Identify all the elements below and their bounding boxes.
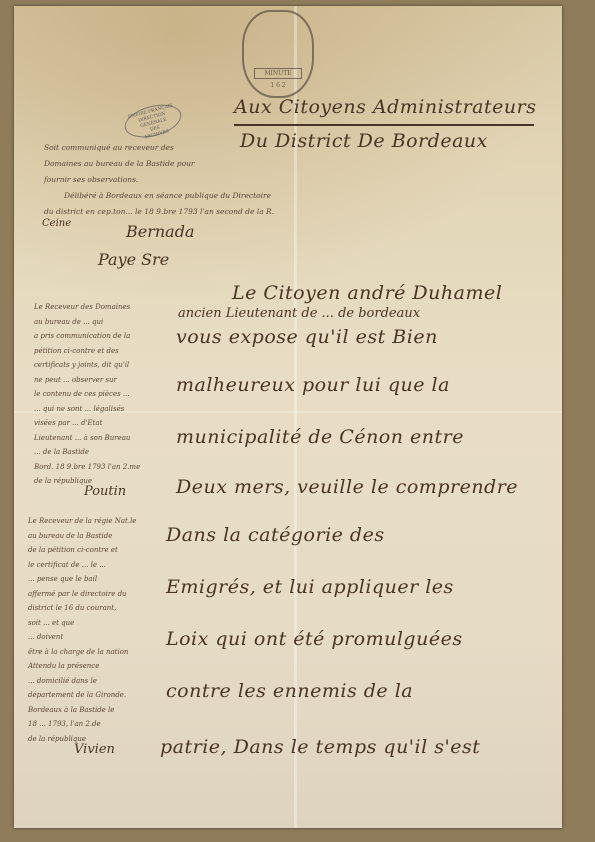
body-line: malheureux pour lui que la: [176, 374, 450, 396]
header-underline: [234, 124, 534, 126]
signature-vivien: Vivien: [74, 742, 115, 757]
note-line: Délibéré à Bordeaux en séance publique d…: [44, 188, 344, 204]
body-line: Le Citoyen andré Duhamel: [232, 282, 502, 304]
seal-year: 1 6 2: [244, 82, 312, 89]
note-line: Le Receveur des Domaines: [34, 300, 164, 315]
note-line: Attendu la présence: [28, 659, 178, 674]
note-line: a pris communication de la: [34, 329, 164, 344]
note-line: 18 ... 1793, l'an 2.de: [28, 717, 178, 732]
note-line: le contenu de ces pièces ...: [34, 387, 164, 402]
note-line: ... qui ne sont ... légalisés: [34, 402, 164, 417]
note-line: département de la Gironde.: [28, 688, 178, 703]
note-line: au bureau de ... qui: [34, 315, 164, 330]
note-line: Bordeaux à la Bastide le: [28, 703, 178, 718]
note-line: affermé par le directoire du: [28, 587, 178, 602]
note-line: soit ... et que: [28, 616, 178, 631]
note-line: au bureau de la Bastide: [28, 529, 178, 544]
body-line: municipalité de Cénon entre: [176, 426, 464, 448]
header-line-1: Aux Citoyens Administrateurs: [234, 96, 536, 118]
margin-note-top: Soit communiqué au receveur des Domaines…: [44, 140, 344, 220]
note-line: district le 16 du courant,: [28, 601, 178, 616]
note-line: Lieutenant ... à son Bureau: [34, 431, 164, 446]
note-line: ... doivent: [28, 630, 178, 645]
seal-stamp: MINUTE 1 6 2: [242, 10, 314, 98]
initial: Ceine: [42, 218, 71, 229]
note-line: Soit communiqué au receveur des: [44, 140, 344, 156]
note-line: Bord. 18 9.bre 1793 l'an 2.me: [34, 460, 164, 475]
note-line: fournir ses observations.: [44, 172, 344, 188]
note-line: ... pense que le bail: [28, 572, 178, 587]
margin-note-middle: Le Receveur des Domaines au bureau de ..…: [34, 300, 164, 489]
signature-secretary: Paye Sre: [98, 250, 169, 269]
seal-band: MINUTE: [254, 68, 302, 79]
body-line: Dans la catégorie des: [166, 524, 385, 546]
note-line: certificats y joints, dit qu'il: [34, 358, 164, 373]
body-line: Loix qui ont été promulguées: [166, 628, 463, 650]
note-line: pétition ci-contre et des: [34, 344, 164, 359]
body-line: contre les ennemis de la: [166, 680, 413, 702]
note-line: du district en cep.ton... le 18 9.bre 17…: [44, 204, 344, 220]
signature-poutin: Poutin: [84, 484, 126, 499]
note-line: ne peut ... observer sur: [34, 373, 164, 388]
signature-bernada: Bernada: [126, 222, 195, 241]
margin-note-bottom: Le Receveur de la régie Nat.le au bureau…: [28, 514, 178, 746]
body-line: ancien Lieutenant de ... de bordeaux: [178, 306, 420, 321]
note-line: ... de la Bastide: [34, 445, 164, 460]
body-line: Deux mers, veuille le comprendre: [176, 476, 518, 498]
body-line: vous expose qu'il est Bien: [176, 326, 438, 348]
note-line: le certificat de ... le ...: [28, 558, 178, 573]
note-line: visées par ... d'Etat: [34, 416, 164, 431]
note-line: ... domicilié dans le: [28, 674, 178, 689]
body-line: Emigrés, et lui appliquer les: [166, 576, 454, 598]
body-line: patrie, Dans le temps qu'il s'est: [160, 736, 480, 758]
note-line: Le Receveur de la régie Nat.le: [28, 514, 178, 529]
note-line: de la pétition ci-contre et: [28, 543, 178, 558]
note-line: être à la charge de la nation: [28, 645, 178, 660]
note-line: Domaines au bureau de la Bastide pour: [44, 156, 344, 172]
